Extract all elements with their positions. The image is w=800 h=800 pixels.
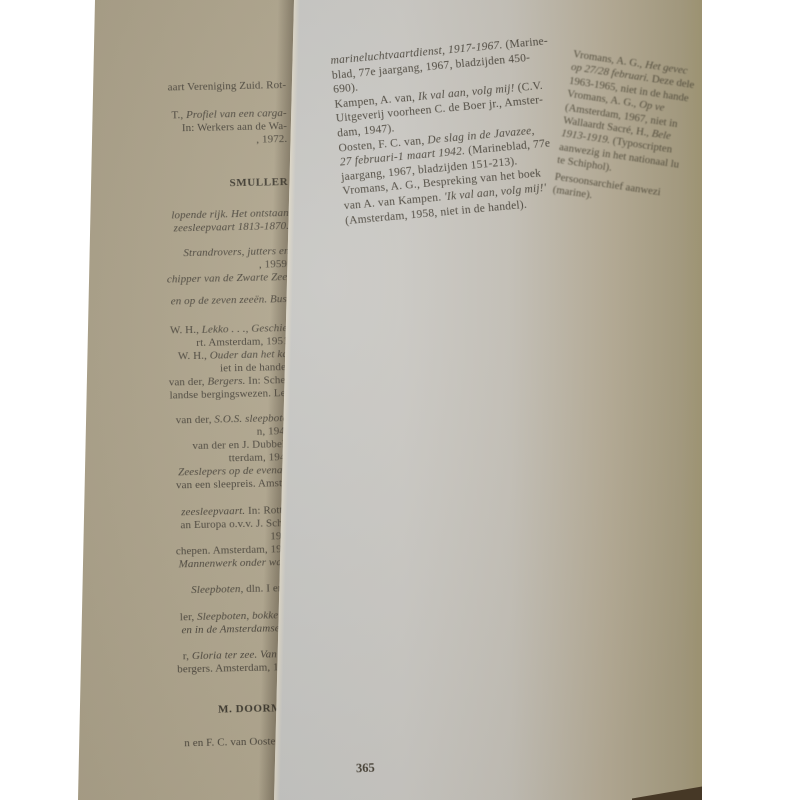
book-photo: aart Vereniging Zuid. Rot-T., Profiel va… xyxy=(78,0,702,800)
text-line: zeesleepvaart 1813-1870. xyxy=(0,220,289,242)
text-line: Mannenwerk onder water. xyxy=(0,556,296,578)
photo-corner-dark-edge xyxy=(632,782,702,800)
text-line: landse bergingswezen. Lei- xyxy=(0,387,293,409)
bibliography-right-column: Vromans, A. G., Het gevecop 27/28 februa… xyxy=(552,48,742,222)
left-page-column: aart Vereniging Zuid. Rot-T., Profiel va… xyxy=(0,79,300,757)
text-line: M. DOORMAN xyxy=(0,702,299,724)
photo-background: aart Vereniging Zuid. Rot-T., Profiel va… xyxy=(0,0,800,800)
text-line: SMULLER xyxy=(0,176,288,198)
text-line: en op de zeven zeeën. Bus- xyxy=(0,293,291,315)
text-line: n en F. C. van Oosten, De xyxy=(0,735,300,757)
text-line: chipper van de Zwarte Zee. xyxy=(0,271,290,293)
page-number: 365 xyxy=(356,761,375,777)
text-line: Sleepboten, dln. I en II. xyxy=(0,582,297,604)
text-line: , 1972. xyxy=(0,133,287,155)
text-line: bergers. Amsterdam, 1958. xyxy=(0,661,298,683)
text-line: aart Vereniging Zuid. Rot- xyxy=(0,79,286,101)
text-line: van een sleepreis. Amster- xyxy=(0,477,295,499)
right-page: marineluchtvaartdienst, 1917-1967. (Mari… xyxy=(274,0,702,800)
